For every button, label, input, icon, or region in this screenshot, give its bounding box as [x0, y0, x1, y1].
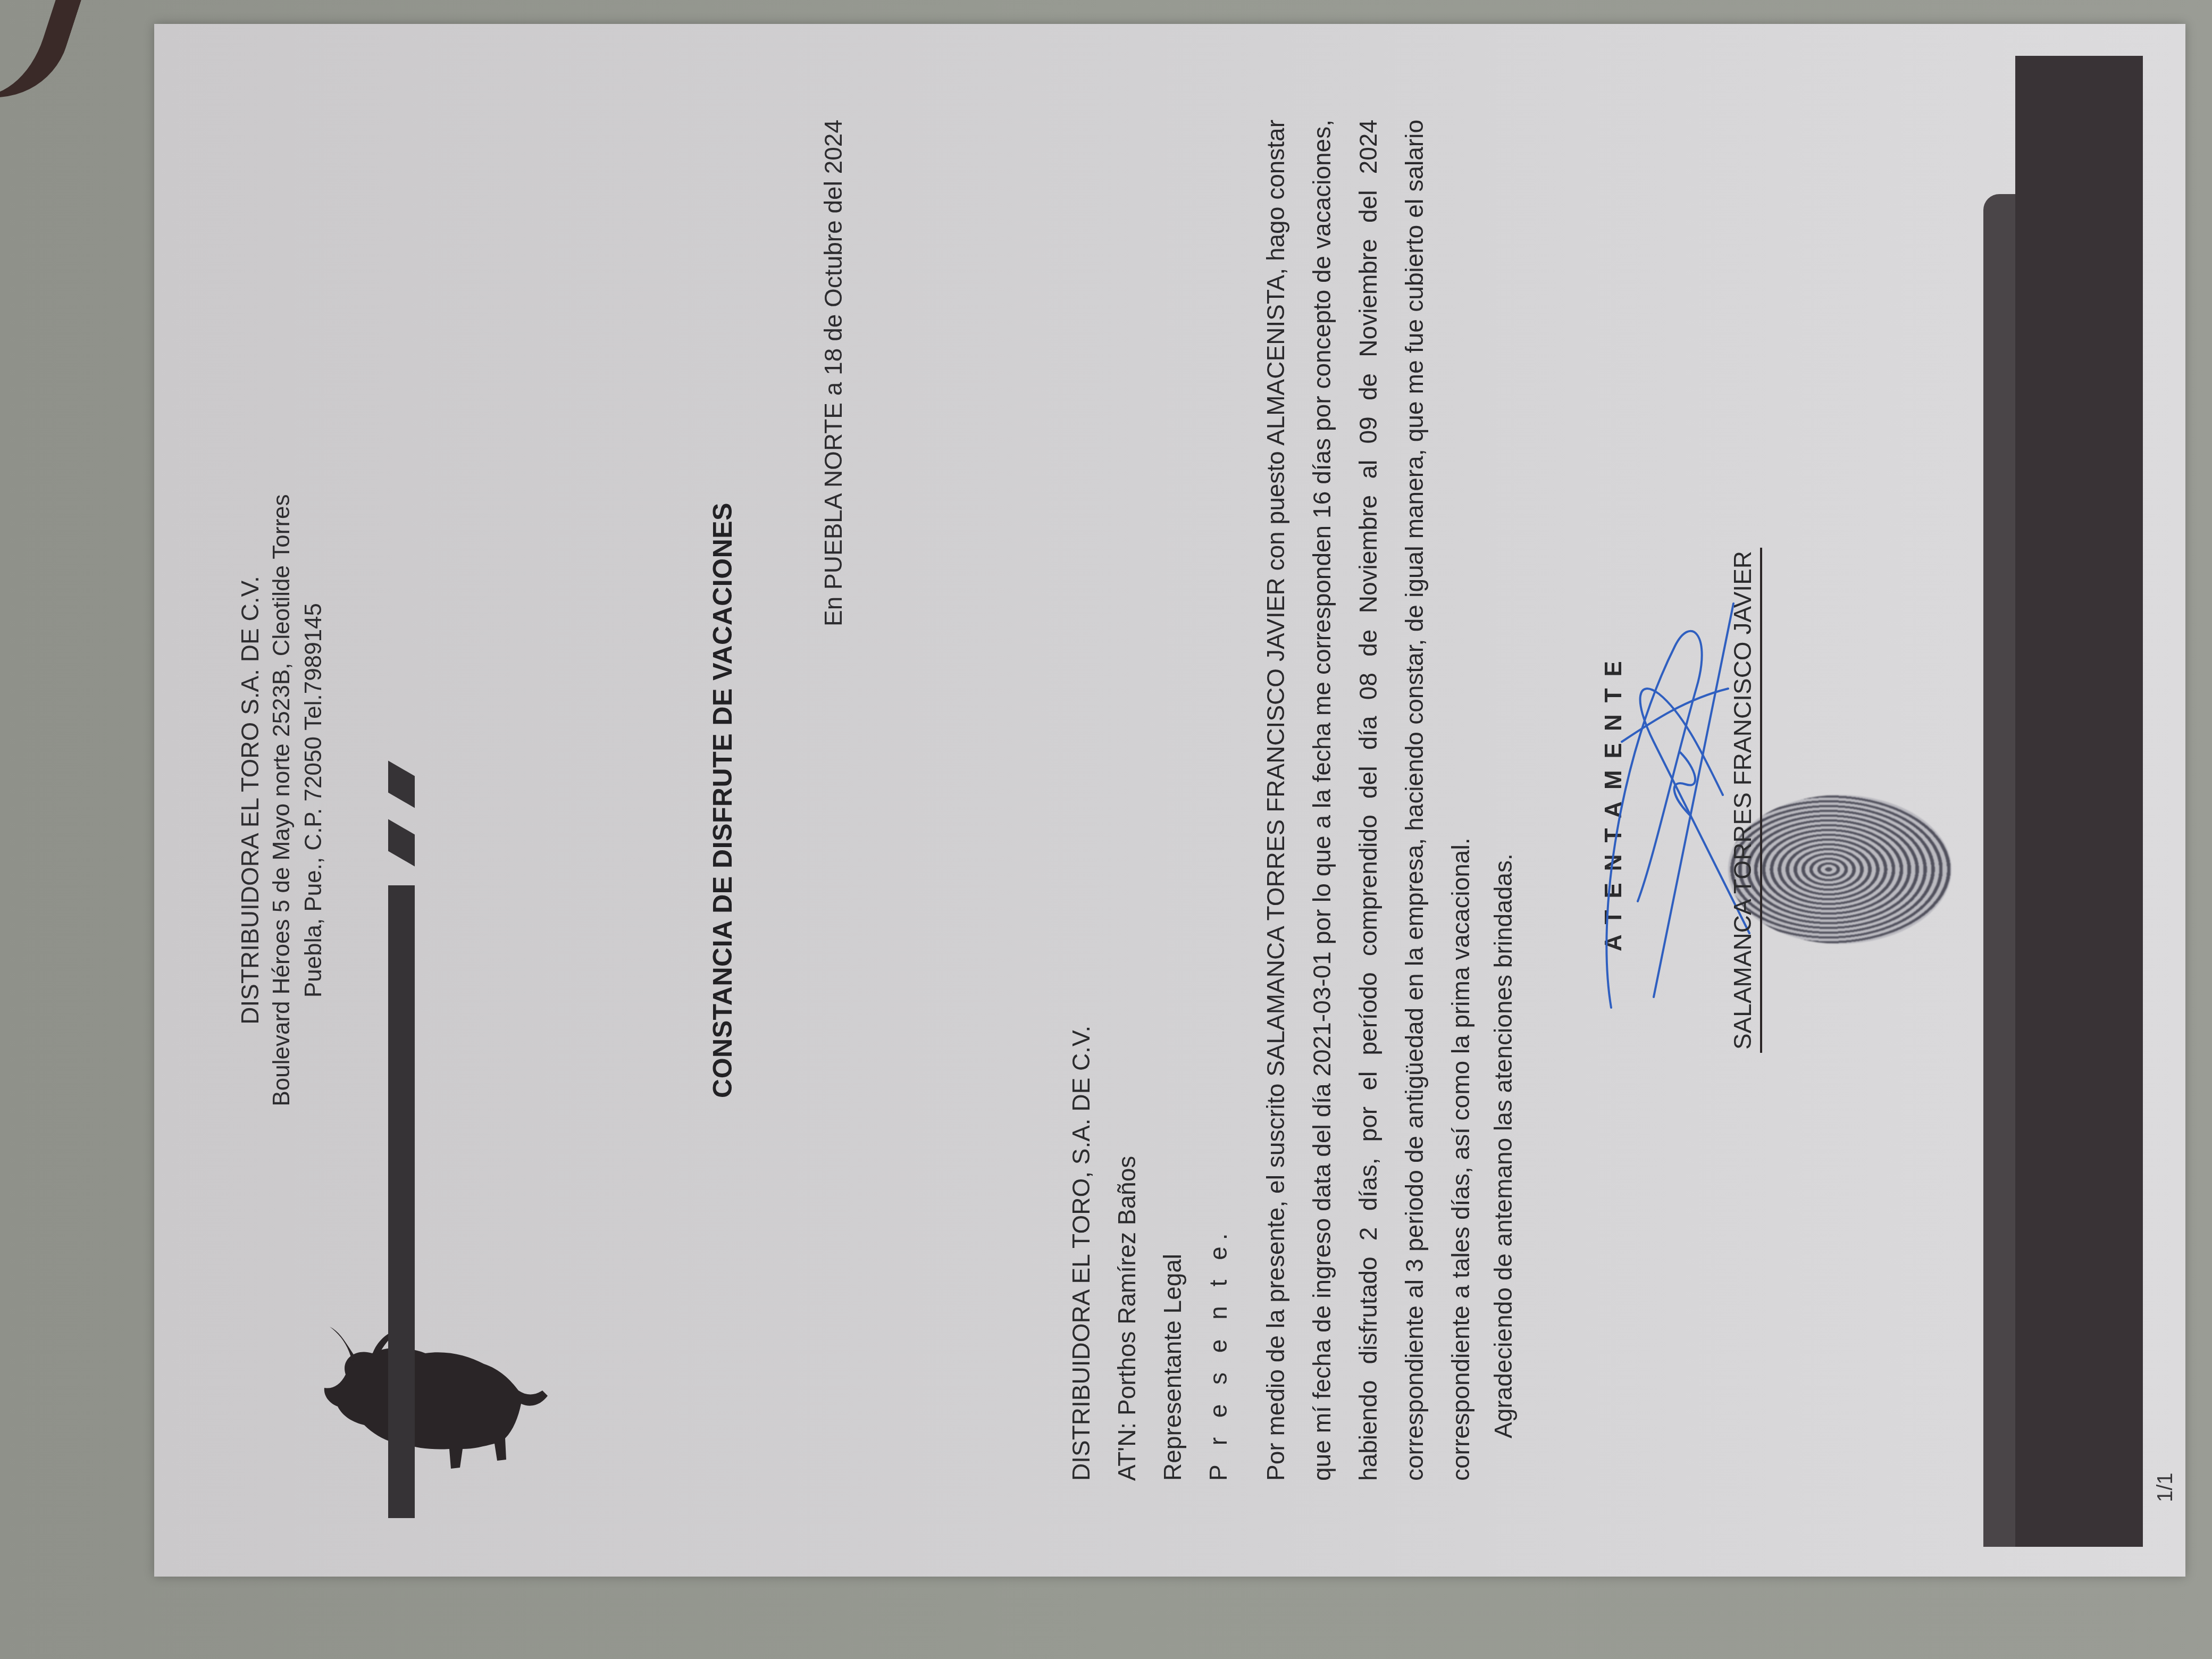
signer-name: SALAMANCA TORRES FRANCISCO JAVIER — [1728, 548, 1762, 1053]
place-date: En PUEBLA NORTE a 18 de Octubre del 2024 — [819, 120, 848, 626]
recipient-block: DISTRIBUIDORA EL TORO, S.A. DE C.V. AT'N… — [1058, 1026, 1241, 1481]
redaction-bar — [1983, 194, 2017, 1547]
paper-sheet: DISTRIBUIDORA EL TORO S.A. DE C.V. Boule… — [154, 24, 2185, 1577]
thanks-line: Agradeciendo de antemano las atenciones … — [1489, 853, 1518, 1438]
recipient-greeting: P r e s e n t e. — [1195, 1026, 1241, 1481]
page-indicator: 1/1 — [2154, 1472, 2177, 1502]
signer-block: SALAMANCA TORRES FRANCISCO JAVIER — [1728, 24, 1762, 1577]
recipient-company: DISTRIBUIDORA EL TORO, S.A. DE C.V. — [1058, 1026, 1104, 1481]
recipient-role: Representante Legal — [1150, 1026, 1195, 1481]
redaction-marks — [388, 508, 424, 1518]
redaction-bar — [388, 819, 415, 867]
document-title: CONSTANCIA DE DISFRUTE DE VACACIONES — [707, 24, 738, 1577]
letterhead-company: DISTRIBUIDORA EL TORO S.A. DE C.V. — [234, 24, 266, 1577]
body-paragraph: Por medio de la presente, el suscrito SA… — [1253, 120, 1484, 1481]
recipient-attention: AT'N: Porthos Ramírez Baños — [1104, 1026, 1150, 1481]
bull-icon — [308, 1316, 596, 1497]
redaction-bar — [388, 885, 415, 1518]
company-logo — [308, 1316, 596, 1497]
redaction-bar — [388, 761, 415, 808]
redaction-bar — [2015, 56, 2143, 1547]
letterhead-address-1: Boulevard Héroes 5 de Mayo norte 2523B, … — [266, 24, 298, 1577]
